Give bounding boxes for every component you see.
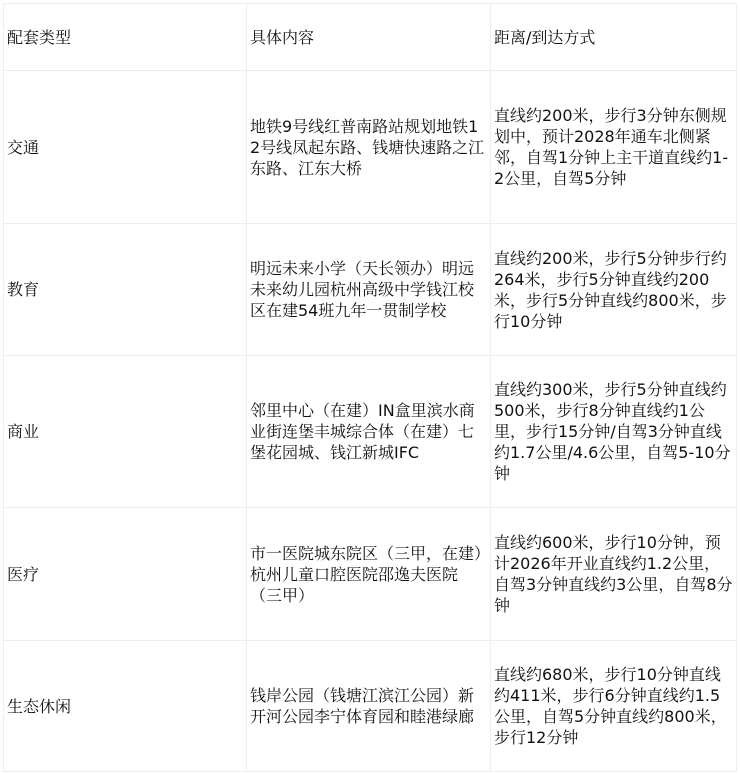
cell-content: 邻里中心（在建）IN盒里滨水商业街连堡丰城综合体（在建）七堡花园城、钱江新城IF… <box>247 356 491 508</box>
table-row-medical: 医疗 市一医院城东院区（三甲，在建）杭州儿童口腔医院邵逸夫医院（三甲） 直线约6… <box>4 508 737 641</box>
cell-distance: 直线约200米，步行5分钟步行约264米，步行5分钟直线约200米，步行5分钟直… <box>491 224 737 356</box>
cell-distance: 直线约200米，步行3分钟东侧规划中，预计2028年通车北侧紧邻，自驾1分钟上主… <box>491 71 737 224</box>
cell-content: 地铁9号线红普南路站规划地铁12号线凤起东路、钱塘快速路之江东路、江东大桥 <box>247 71 491 224</box>
cell-content: 明远未来小学（天长领办）明远未来幼儿园杭州高级中学钱江校区在建54班九年一贯制学… <box>247 224 491 356</box>
cell-type: 商业 <box>4 356 247 508</box>
cell-type: 教育 <box>4 224 247 356</box>
cell-type: 交通 <box>4 71 247 224</box>
table-row-commerce: 商业 邻里中心（在建）IN盒里滨水商业街连堡丰城综合体（在建）七堡花园城、钱江新… <box>4 356 737 508</box>
cell-content: 钱岸公园（钱塘江滨江公园）新开河公园李宁体育园和睦港绿廊 <box>247 641 491 772</box>
cell-distance: 直线约680米，步行10分钟直线约411米，步行6分钟直线约1.5公里，自驾5分… <box>491 641 737 772</box>
table-row-education: 教育 明远未来小学（天长领办）明远未来幼儿园杭州高级中学钱江校区在建54班九年一… <box>4 224 737 356</box>
table-header-row: 配套类型 具体内容 距离/到达方式 <box>4 4 737 71</box>
header-content: 具体内容 <box>247 4 491 71</box>
amenities-table: 配套类型 具体内容 距离/到达方式 交通 地铁9号线红普南路站规划地铁12号线凤… <box>3 3 737 772</box>
table-row-leisure: 生态休闲 钱岸公园（钱塘江滨江公园）新开河公园李宁体育园和睦港绿廊 直线约680… <box>4 641 737 772</box>
table-row-transport: 交通 地铁9号线红普南路站规划地铁12号线凤起东路、钱塘快速路之江东路、江东大桥… <box>4 71 737 224</box>
cell-content: 市一医院城东院区（三甲，在建）杭州儿童口腔医院邵逸夫医院（三甲） <box>247 508 491 641</box>
header-type: 配套类型 <box>4 4 247 71</box>
cell-type: 生态休闲 <box>4 641 247 772</box>
cell-type: 医疗 <box>4 508 247 641</box>
header-distance: 距离/到达方式 <box>491 4 737 71</box>
cell-distance: 直线约300米，步行5分钟直线约500米，步行8分钟直线约1公里，步行15分钟/… <box>491 356 737 508</box>
cell-distance: 直线约600米，步行10分钟，预计2026年开业直线约1.2公里，自驾3分钟直线… <box>491 508 737 641</box>
